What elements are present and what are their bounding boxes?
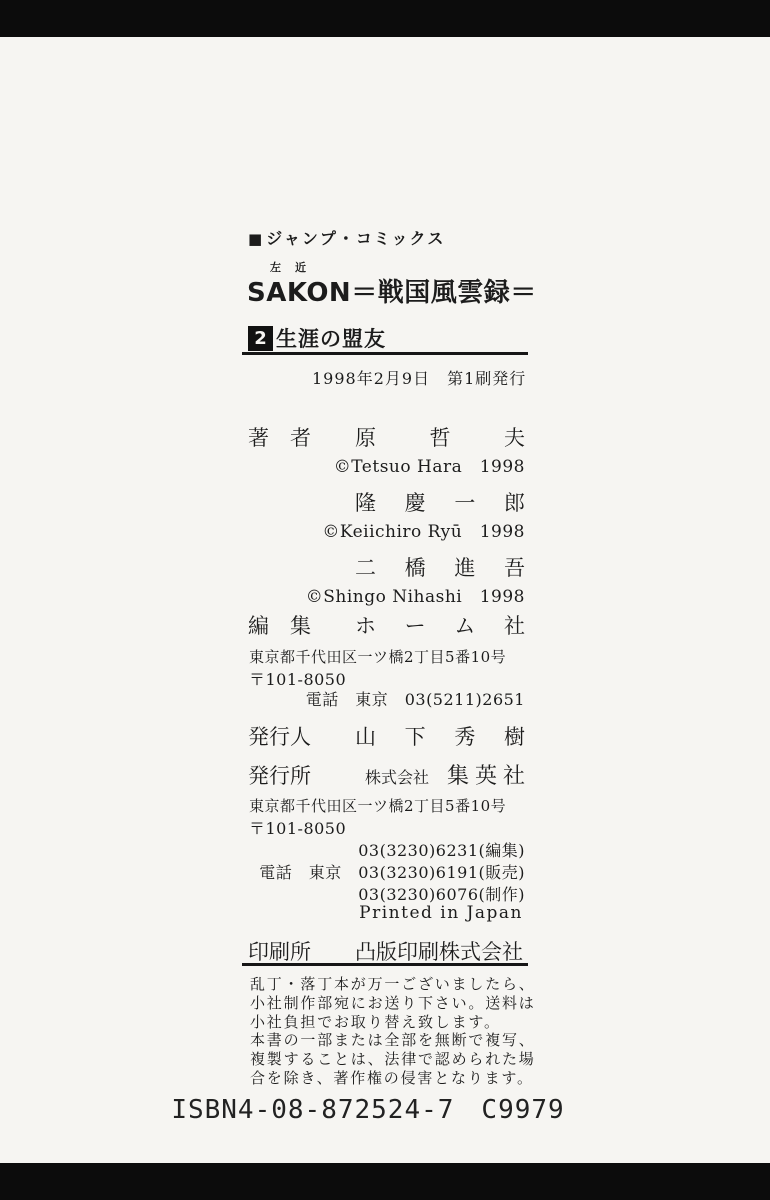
divider-bottom bbox=[242, 963, 528, 966]
publisher-company: 株式会社 集英社 bbox=[355, 759, 525, 790]
editor-phone: 電話 東京 03(5211)2651 bbox=[248, 687, 525, 710]
issuer-row: 発行人 山下秀樹 bbox=[248, 721, 525, 751]
edition-date: 1998年2月9日 第1刷発行 bbox=[248, 366, 528, 389]
divider-top bbox=[242, 352, 528, 355]
scan-letterbox-bottom bbox=[0, 1163, 770, 1200]
series-label-text: ジャンプ・コミックス bbox=[266, 229, 445, 248]
author-copyright: ©Keiichiro Ryū 1998 bbox=[248, 517, 525, 542]
volume-number-badge: 2 bbox=[248, 326, 273, 351]
notice-line: 小社制作部宛にお送り下さい。送料は bbox=[250, 994, 530, 1013]
notice-line: 本書の一部または全部を無断で複写、 bbox=[250, 1031, 530, 1050]
editor-label: 編 集 bbox=[248, 610, 355, 640]
book-title: SAKON＝戦国風雲録＝ bbox=[247, 272, 537, 309]
author-copyright: ©Shingo Nihashi 1998 bbox=[248, 582, 525, 607]
scan-letterbox-top bbox=[0, 0, 770, 37]
author-copyright: ©Tetsuo Hara 1998 bbox=[248, 452, 525, 477]
publisher-postal-code: 〒101-8050 bbox=[249, 816, 346, 839]
editor-address: 東京都千代田区一ツ橋2丁目5番10号 bbox=[249, 646, 529, 667]
publisher-row: 発行所 株式会社 集英社 bbox=[248, 759, 525, 790]
author-row: 著 者 原哲夫 bbox=[248, 422, 525, 452]
isbn-code: ISBN4-08-872524-7 C9979 bbox=[0, 1089, 770, 1126]
author-name: 原哲夫 bbox=[355, 422, 525, 452]
notice-line: 複製することは、法律で認められた場 bbox=[250, 1050, 530, 1069]
printer-name: 凸版印刷株式会社 bbox=[355, 936, 527, 966]
editor-name: ホーム社 bbox=[355, 610, 525, 640]
issuer-label: 発行人 bbox=[248, 721, 355, 751]
publisher-phone-production: 03(3230)6076(制作) bbox=[248, 882, 525, 905]
notice-line: 乱丁・落丁本が万一ございましたら、 bbox=[250, 975, 530, 994]
series-label: ■ジャンプ・コミックス bbox=[248, 226, 445, 249]
publisher-address: 東京都千代田区一ツ橋2丁目5番10号 bbox=[249, 795, 529, 816]
editor-row: 編 集 ホーム社 bbox=[248, 610, 525, 640]
author-name: 隆慶一郎 bbox=[355, 487, 525, 517]
notice-line: 小社負担でお取り替え致します。 bbox=[250, 1013, 530, 1032]
issuer-name: 山下秀樹 bbox=[355, 721, 525, 751]
printed-in-japan: Printed in Japan bbox=[248, 903, 525, 923]
legal-notice: 乱丁・落丁本が万一ございましたら、 小社制作部宛にお送り下さい。送料は 小社負担… bbox=[250, 975, 530, 1088]
publisher-company-name: 集英社 bbox=[447, 759, 525, 790]
printer-label: 印刷所 bbox=[248, 936, 355, 966]
colophon-page: ■ジャンプ・コミックス 左近 SAKON＝戦国風雲録＝ 2 生涯の盟友 1998… bbox=[0, 0, 770, 1200]
publisher-company-prefix: 株式会社 bbox=[355, 765, 429, 788]
publisher-phone-sales: 電話 東京 03(3230)6191(販売) bbox=[248, 860, 525, 883]
publisher-label: 発行所 bbox=[248, 760, 355, 790]
author-label: 著 者 bbox=[248, 422, 355, 452]
author-name: 二橋進吾 bbox=[355, 552, 525, 582]
publisher-phone-editorial: 03(3230)6231(編集) bbox=[248, 838, 525, 861]
volume-row: 2 生涯の盟友 bbox=[248, 323, 386, 353]
notice-line: 合を除き、著作権の侵害となります。 bbox=[250, 1069, 530, 1088]
square-bullet-icon: ■ bbox=[248, 230, 264, 248]
volume-title: 生涯の盟友 bbox=[276, 323, 386, 353]
